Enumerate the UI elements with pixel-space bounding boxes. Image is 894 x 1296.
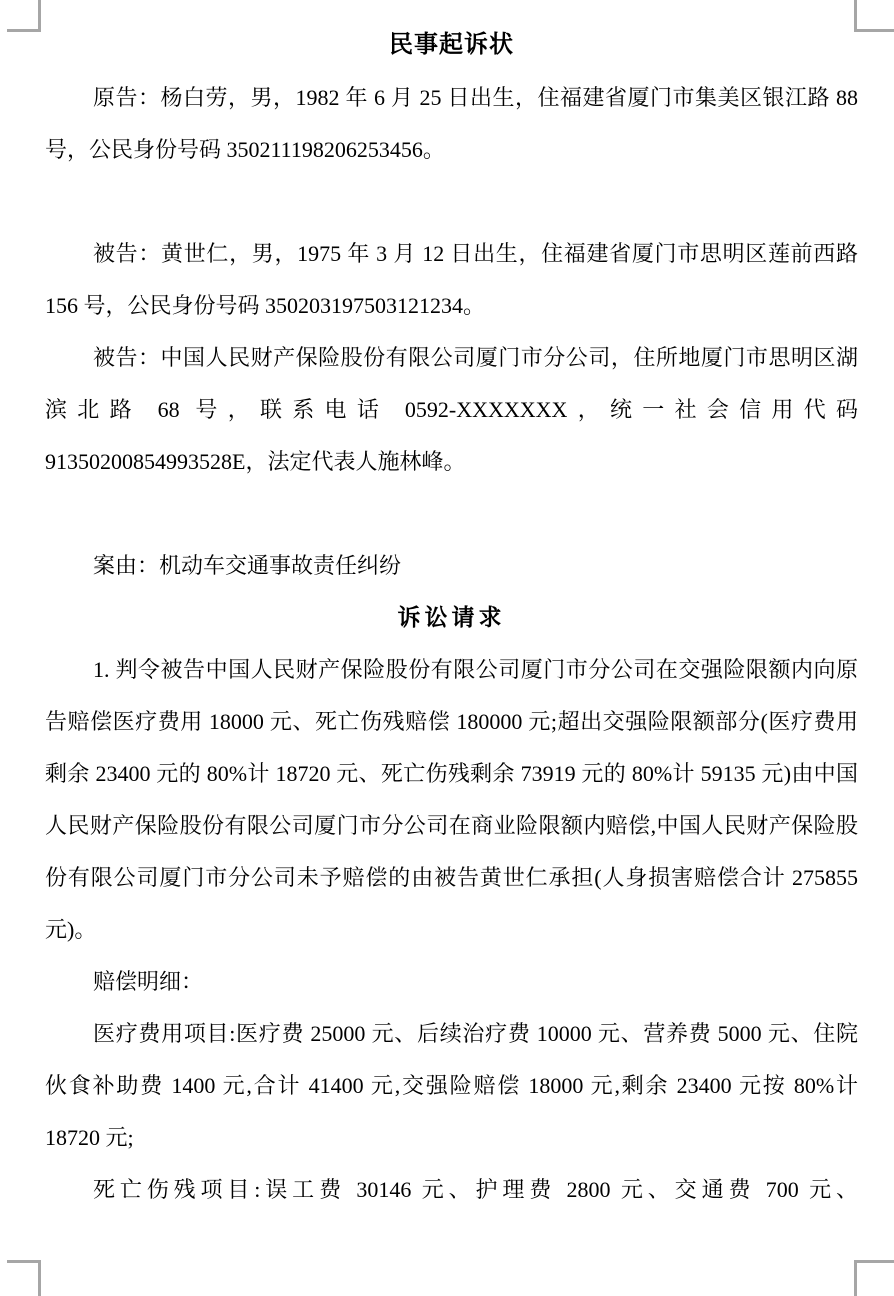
document-body: 民事起诉状 原告：杨白劳，男，1982 年 6 月 25 日出生，住福建省厦门市… bbox=[45, 18, 858, 1216]
paragraph-compensation-details-label: 赔偿明细： bbox=[45, 956, 858, 1008]
paragraph-plaintiff-info: 原告：杨白劳，男，1982 年 6 月 25 日出生，住福建省厦门市集美区银江路… bbox=[45, 72, 858, 176]
page-margin-mark-top-right bbox=[854, 0, 894, 32]
paragraph-medical-expense-items: 医疗费用项目:医疗费 25000 元、后续治疗费 10000 元、营养费 500… bbox=[45, 1008, 858, 1164]
paragraph-death-disability-items: 死亡伤残项目:误工费 30146 元、护理费 2800 元、交通费 700 元、 bbox=[45, 1164, 858, 1216]
paragraph-claim-1: 1. 判令被告中国人民财产保险股份有限公司厦门市分公司在交强险限额内向原告赔偿医… bbox=[45, 644, 858, 956]
document-title: 民事起诉状 bbox=[45, 18, 858, 72]
paragraph-defendant2-info: 被告：中国人民财产保险股份有限公司厦门市分公司，住所地厦门市思明区湖滨北路 68… bbox=[45, 332, 858, 488]
section-heading-claims: 诉讼请求 bbox=[45, 592, 858, 644]
paragraph-cause-of-action: 案由：机动车交通事故责任纠纷 bbox=[45, 540, 858, 592]
page-margin-mark-bottom-right bbox=[854, 1260, 894, 1296]
page-margin-mark-bottom-left bbox=[7, 1260, 41, 1296]
blank-line bbox=[45, 176, 858, 228]
paragraph-defendant1-info: 被告：黄世仁，男，1975 年 3 月 12 日出生，住福建省厦门市思明区莲前西… bbox=[45, 228, 858, 332]
blank-line bbox=[45, 488, 858, 540]
civil-complaint-page: 民事起诉状 原告：杨白劳，男，1982 年 6 月 25 日出生，住福建省厦门市… bbox=[0, 0, 894, 1296]
page-margin-mark-top-left bbox=[7, 0, 41, 32]
